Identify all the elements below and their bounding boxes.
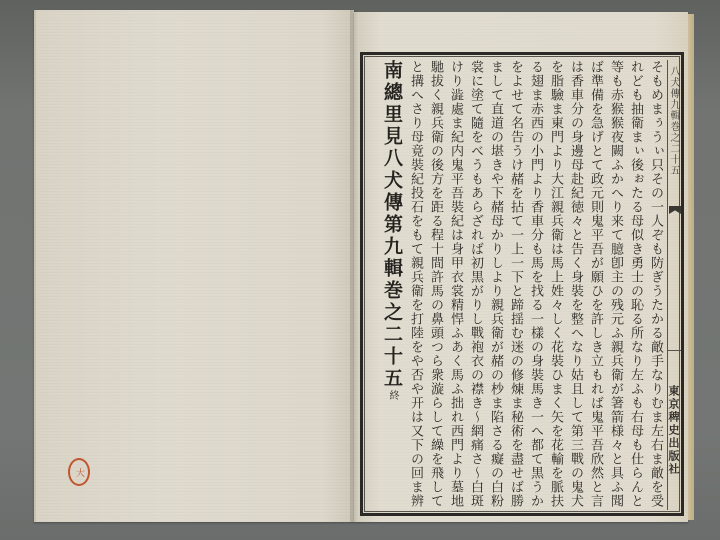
page-edge-stack bbox=[688, 14, 694, 520]
text-column: そもめまぅうぃ只その一人ぞも防ぎうたかる敵手なりむま左右ま敵を受んと心許なき花枝 bbox=[645, 60, 665, 508]
text-column: は香車分の身邊母赴紀徳々と告く身裝を整へなり姑且して第三戰の鬼犬戟又擊々と喚く bbox=[565, 60, 585, 508]
closing-title: 南總里見八犬傳第九輯巻之二十五終 bbox=[379, 60, 405, 508]
margin-divider bbox=[667, 350, 681, 351]
seal-text: 大 bbox=[74, 468, 84, 477]
text-column: 馳拔く親兵衛の後方を距る程十間許馬の鼻頭つら衆漩らして繰を飛して親兵衛を打陸きん bbox=[425, 60, 445, 508]
text-column: をよせて名告うけ赭を拈て一上一下と蹄揺む迷の修煉ま秘術を盡せば勝負彌と見る程母既 bbox=[505, 60, 525, 508]
publisher-imprint: 東京稗史出版社 bbox=[669, 385, 681, 476]
text-column: けり澁處ま紀内鬼平吾裝紀は身甲衣裳精悍ふあく馬ふ拙れ西門より墓地ふ走らし来つ衛と bbox=[445, 60, 465, 508]
left-page: 大 bbox=[34, 10, 354, 522]
book-spine-gutter bbox=[350, 10, 358, 522]
text-column: る翅ま赤西の小門より香車分も馬を找る一樣の身裝馬き一へ都て黒うかけり徳西雙方馬 bbox=[525, 60, 545, 508]
text-column: 裳に塗て隨をべうもあらざれば初黒がりし戰袍衣の襟き～網痛さ～白斑駁斑ふあり母 bbox=[465, 60, 485, 508]
text-column: ば準備を急げとて政元則鬼平吾が願ひを許しき立もれば鬼平吾欣然と言承して走り出つ bbox=[585, 60, 605, 508]
margin-title: 八犬傳九輯巻之二十五 bbox=[669, 66, 681, 176]
text-column: 等も赤猴猴夜闕ふかへり来て臆卽主の残元ふ親兵衛が箸箭様々と具ふ聞え上しかば然ら bbox=[605, 60, 625, 508]
text-column: れども抽衛まぃ後ぉたる母似き勇士の恥る所なり左ふも右母も仕らんと云早の應ま嘗掛使 bbox=[625, 60, 645, 508]
end-mark: 終 bbox=[387, 390, 398, 403]
main-text-area: そもめまぅうぃ只その一人ぞも防ぎうたかる敵手なりむま左右ま敵を受んと心許なき花枝… bbox=[367, 60, 665, 508]
text-column: と搆へさり母竟裝紀投石をもて親兵衛を打陸をや否や开は又下の回ま辨分るを聴ねかし bbox=[405, 60, 425, 508]
text-column: を脂驗ま東門より大江親兵衛は馬上姓々しく花裝ひまく矢を花輸を脈扶を衞々と入り来ぬ bbox=[545, 60, 565, 508]
text-column: まして直道の堪きや下赭母かりしより親兵衛が赭の杪ま陷さる癡の白粉もて突るゝ韮ふ衣 bbox=[485, 60, 505, 508]
red-seal-stamp: 大 bbox=[68, 458, 90, 486]
closing-title-text: 南總里見八犬傳第九輯巻之二十五 bbox=[381, 60, 403, 390]
